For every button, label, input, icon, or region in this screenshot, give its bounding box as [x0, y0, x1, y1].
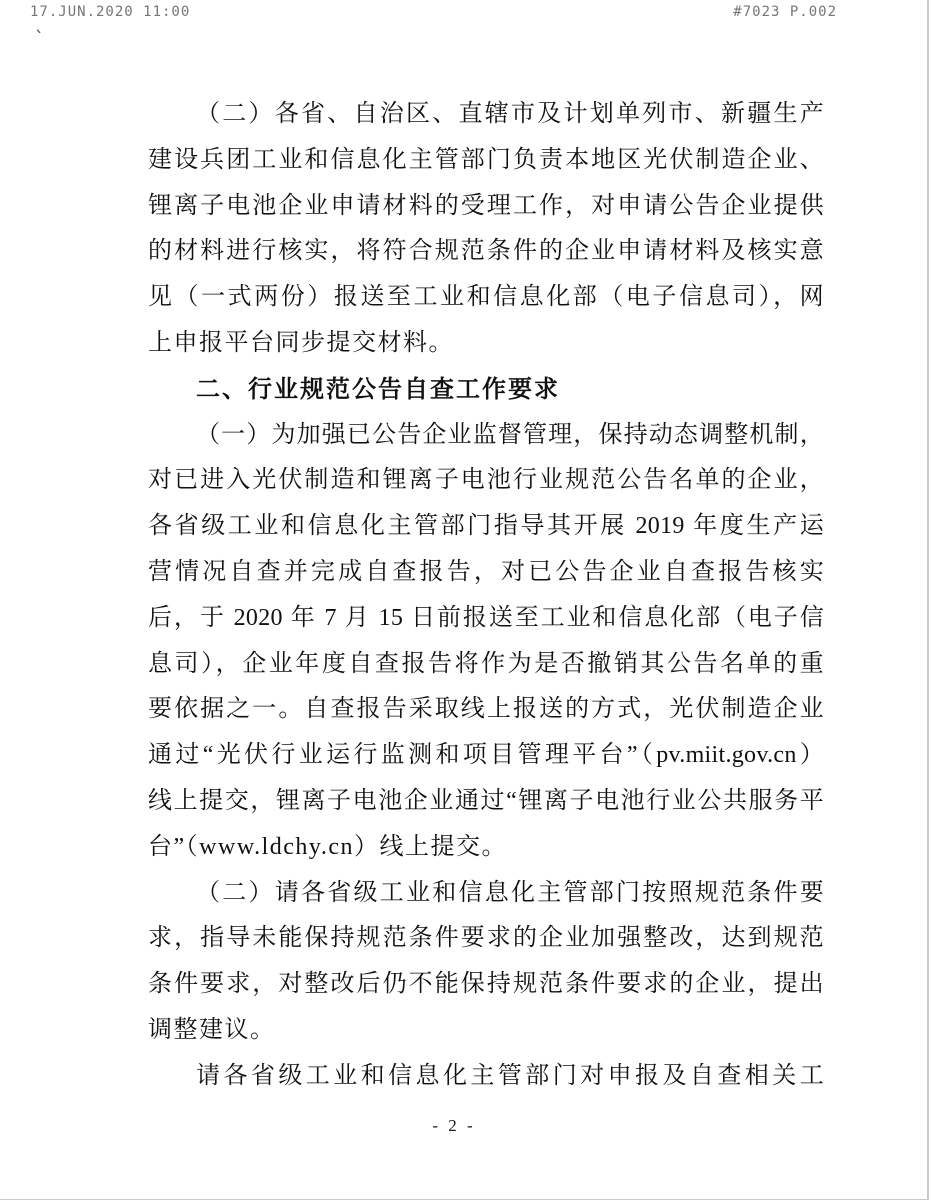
scanned-fax-page: 17.JUN.2020 11:00 #7023 P.002 ` （二）各省、自治… [0, 0, 929, 1200]
text-line: 营情况自查并完成自查报告，对已公告企业自查报告核实 [148, 550, 824, 596]
text-line: 线上提交，锂离子电池企业通过“锂离子电池行业公共服务平 [148, 779, 824, 825]
text-line: 建设兵团工业和信息化主管部门负责本地区光伏制造企业、 [148, 138, 824, 184]
text-line: 锂离子电池企业申请材料的受理工作，对申请公告企业提供 [148, 184, 824, 230]
text-line: 求，指导未能保持规范条件要求的企业加强整改，达到规范 [148, 916, 824, 962]
fax-timestamp: 17.JUN.2020 11:00 [30, 4, 190, 20]
text-line: 通过“光伏行业运行监测和项目管理平台”（pv.miit.gov.cn） [148, 733, 824, 779]
text-line: 各省级工业和信息化主管部门指导其开展 2019 年度生产运 [148, 504, 824, 550]
text-line: 调整建议。 [148, 1008, 824, 1054]
text-line: 请各省级工业和信息化主管部门对申报及自查相关工 [148, 1054, 824, 1100]
scan-artifact-mark: ` [34, 28, 45, 49]
document-body: （二）各省、自治区、直辖市及计划单列市、新疆生产建设兵团工业和信息化主管部门负责… [148, 92, 824, 1100]
fax-header: 17.JUN.2020 11:00 #7023 P.002 [30, 4, 837, 20]
text-line: 要依据之一。自查报告采取线上报送的方式，光伏制造企业 [148, 687, 824, 733]
page-footer: - 2 - [0, 1116, 908, 1136]
text-line: （二）请各省级工业和信息化主管部门按照规范条件要 [148, 871, 824, 917]
page-number: - 2 - [432, 1116, 475, 1135]
fax-page-id: #7023 P.002 [733, 4, 837, 20]
text-line: 对已进入光伏制造和锂离子电池行业规范公告名单的企业， [148, 458, 824, 504]
text-line: （二）各省、自治区、直辖市及计划单列市、新疆生产 [148, 92, 824, 138]
text-line: 的材料进行核实，将符合规范条件的企业申请材料及核实意 [148, 229, 824, 275]
section-heading: 二、行业规范公告自查工作要求 [148, 367, 824, 413]
text-line: 后，于 2020 年 7 月 15 日前报送至工业和信息化部（电子信 [148, 596, 824, 642]
text-line: 息司），企业年度自查报告将作为是否撤销其公告名单的重 [148, 642, 824, 688]
text-line: 台”（www.ldchy.cn）线上提交。 [148, 825, 824, 871]
text-line: 上申报平台同步提交材料。 [148, 321, 824, 367]
text-line: （一）为加强已公告企业监督管理，保持动态调整机制， [148, 413, 824, 459]
text-line: 见（一式两份）报送至工业和信息化部（电子信息司），网 [148, 275, 824, 321]
text-line: 条件要求，对整改后仍不能保持规范条件要求的企业，提出 [148, 962, 824, 1008]
